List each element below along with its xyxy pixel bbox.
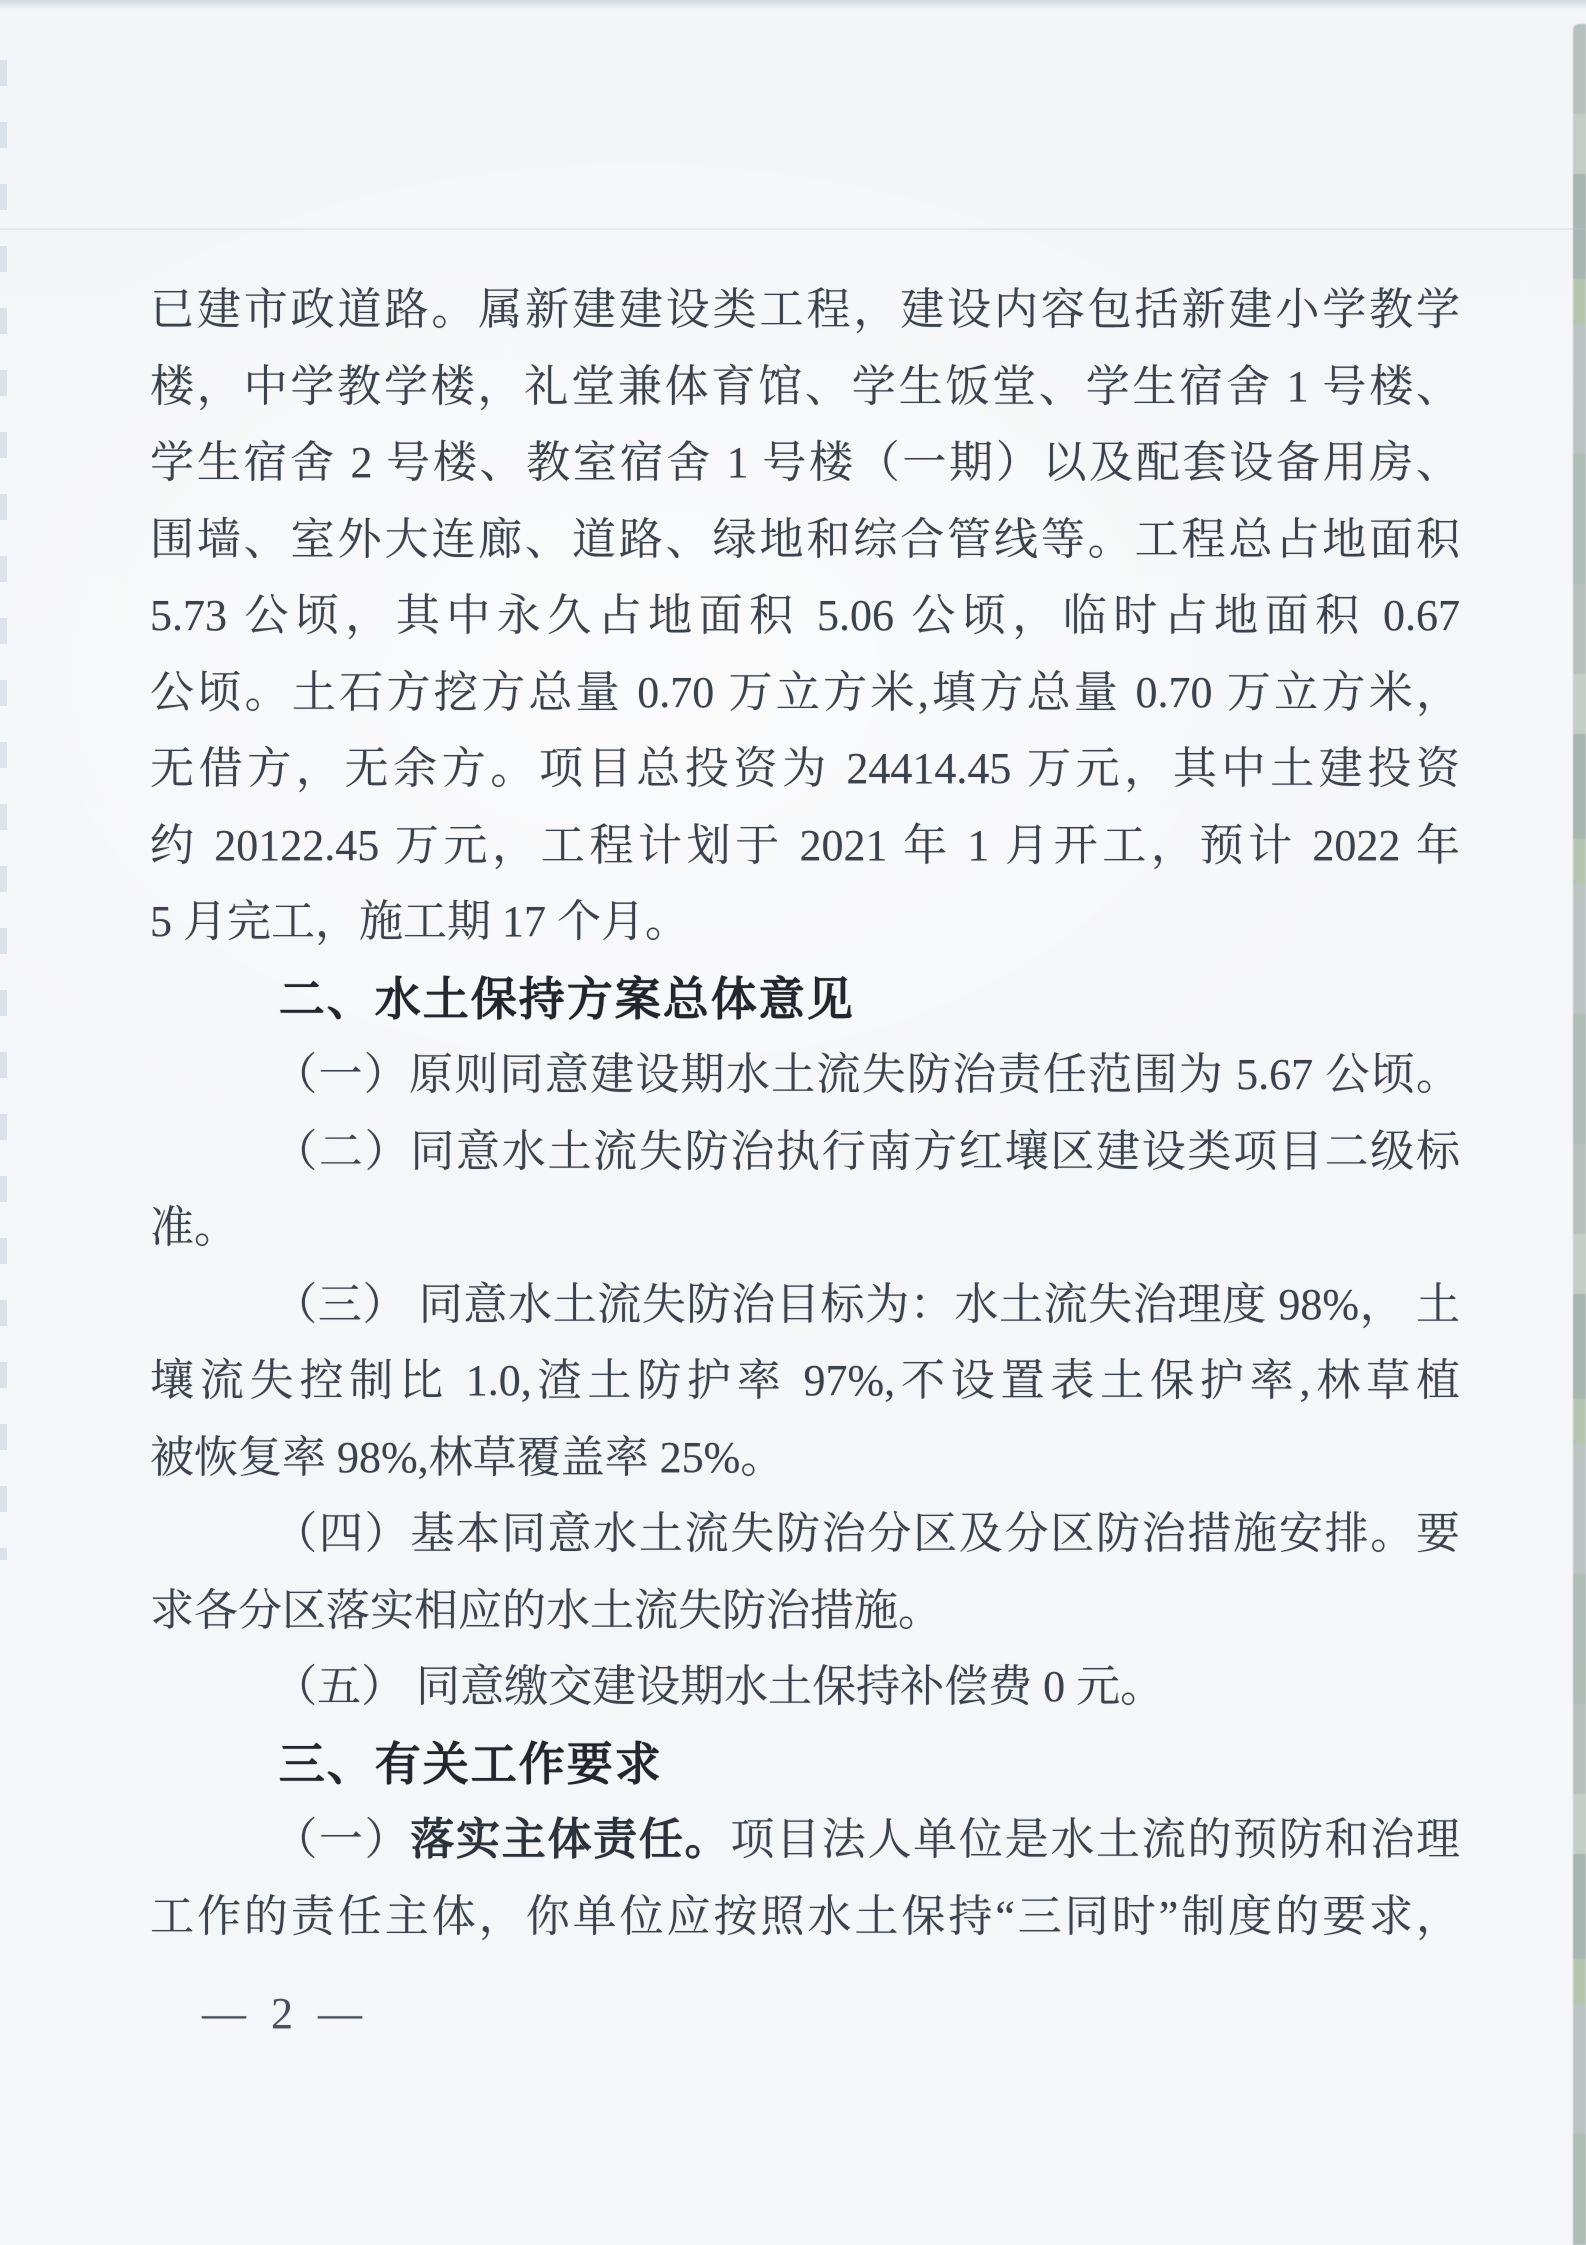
text-line: 求各分区落实相应的水土流失防治措施。 (150, 1573, 1460, 1650)
text-run: 无借方，无余方。项目总投资为 24414.45 万元，其中土建投资 (150, 744, 1460, 793)
text-line: 围墙、室外大连廊、道路、绿地和综合管线等。工程总占地面积 (150, 502, 1460, 579)
text-line: 楼，中学教学楼，礼堂兼体育馆、学生饭堂、学生宿舍 1 号楼、 (150, 349, 1460, 426)
text-run: 三、有关工作要求 (279, 1738, 663, 1790)
text-line: 5 月完工，施工期 17 个月。 (150, 884, 1460, 961)
text-line: 5.73 公顷，其中永久占地面积 5.06 公顷，临时占地面积 0.67 (150, 578, 1460, 655)
text-run: 项目法人单位是水土流的预防和治理 (730, 1815, 1460, 1864)
text-line: （二）同意水土流失防治执行南方红壤区建设类项目二级标 (150, 1114, 1460, 1191)
text-run: （一） (273, 1815, 410, 1864)
text-run: 二、水土保持方案总体意见 (279, 973, 855, 1025)
text-line: （一）原则同意建设期水土流失防治责任范围为 5.67 公顷。 (150, 1037, 1460, 1114)
text-run: 5.73 公顷，其中永久占地面积 5.06 公顷，临时占地面积 0.67 (150, 591, 1460, 640)
document-body: 已建市政道路。属新建建设类工程，建设内容包括新建小学教学楼，中学教学楼，礼堂兼体… (150, 272, 1460, 1955)
text-run: 公顷。土石方挖方总量 0.70 万立方米,填方总量 0.70 万立方米， (150, 668, 1460, 717)
text-line: 约 20122.45 万元，工程计划于 2021 年 1 月开工，预计 2022… (150, 808, 1460, 885)
text-run: 被恢复率 98%,林草覆盖率 25%。 (150, 1433, 784, 1482)
text-run: （五） 同意缴交建设期水土保持补偿费 0 元。 (273, 1662, 1164, 1711)
page-number: — 2 — (202, 1988, 369, 2039)
text-line: 被恢复率 98%,林草覆盖率 25%。 (150, 1420, 1460, 1497)
text-line: 工作的责任主体，你单位应按照水土保持“三同时”制度的要求， (150, 1879, 1460, 1956)
section-heading: 二、水土保持方案总体意见 (150, 961, 1460, 1038)
text-run: 准。 (150, 1203, 238, 1252)
text-run: （三） 同意水土流失防治目标为：水土流失治理度 98%， 土 (273, 1280, 1460, 1329)
scan-edge-top (0, 0, 1586, 9)
emphasized-text: 落实主体责任。 (410, 1815, 730, 1864)
section-heading: 三、有关工作要求 (150, 1726, 1460, 1803)
text-run: 已建市政道路。属新建建设类工程，建设内容包括新建小学教学 (150, 285, 1460, 334)
scan-streak (0, 228, 1586, 230)
text-run: 工作的责任主体，你单位应按照水土保持“三同时”制度的要求， (150, 1892, 1460, 1941)
text-run: 约 20122.45 万元，工程计划于 2021 年 1 月开工，预计 2022… (150, 821, 1460, 870)
text-line: 已建市政道路。属新建建设类工程，建设内容包括新建小学教学 (150, 272, 1460, 349)
scan-edge-right (1573, 24, 1586, 2245)
text-line: 公顷。土石方挖方总量 0.70 万立方米,填方总量 0.70 万立方米， (150, 655, 1460, 732)
text-run: 5 月完工，施工期 17 个月。 (150, 897, 689, 946)
text-line: 准。 (150, 1190, 1460, 1267)
text-run: 学生宿舍 2 号楼、教室宿舍 1 号楼（一期）以及配套设备用房、 (150, 438, 1460, 487)
text-line: （一）落实主体责任。项目法人单位是水土流的预防和治理 (150, 1802, 1460, 1879)
text-line: （四）基本同意水土流失防治分区及分区防治措施安排。要 (150, 1496, 1460, 1573)
text-line: 壤流失控制比 1.0,渣土防护率 97%,不设置表土保护率,林草植 (150, 1343, 1460, 1420)
text-run: 求各分区落实相应的水土流失防治措施。 (150, 1586, 942, 1635)
text-run: 壤流失控制比 1.0,渣土防护率 97%,不设置表土保护率,林草植 (150, 1356, 1460, 1405)
text-line: 学生宿舍 2 号楼、教室宿舍 1 号楼（一期）以及配套设备用房、 (150, 425, 1460, 502)
text-run: 围墙、室外大连廊、道路、绿地和综合管线等。工程总占地面积 (150, 515, 1460, 564)
text-line: 无借方，无余方。项目总投资为 24414.45 万元，其中土建投资 (150, 731, 1460, 808)
text-run: （四）基本同意水土流失防治分区及分区防治措施安排。要 (273, 1509, 1460, 1558)
scan-edge-left (0, 60, 7, 1560)
text-run: 楼，中学教学楼，礼堂兼体育馆、学生饭堂、学生宿舍 1 号楼、 (150, 362, 1460, 411)
text-line: （三） 同意水土流失防治目标为：水土流失治理度 98%， 土 (150, 1267, 1460, 1344)
text-run: （一）原则同意建设期水土流失防治责任范围为 5.67 公顷。 (273, 1050, 1460, 1099)
text-run: （二）同意水土流失防治执行南方红壤区建设类项目二级标 (273, 1127, 1460, 1176)
text-line: （五） 同意缴交建设期水土保持补偿费 0 元。 (150, 1649, 1460, 1726)
